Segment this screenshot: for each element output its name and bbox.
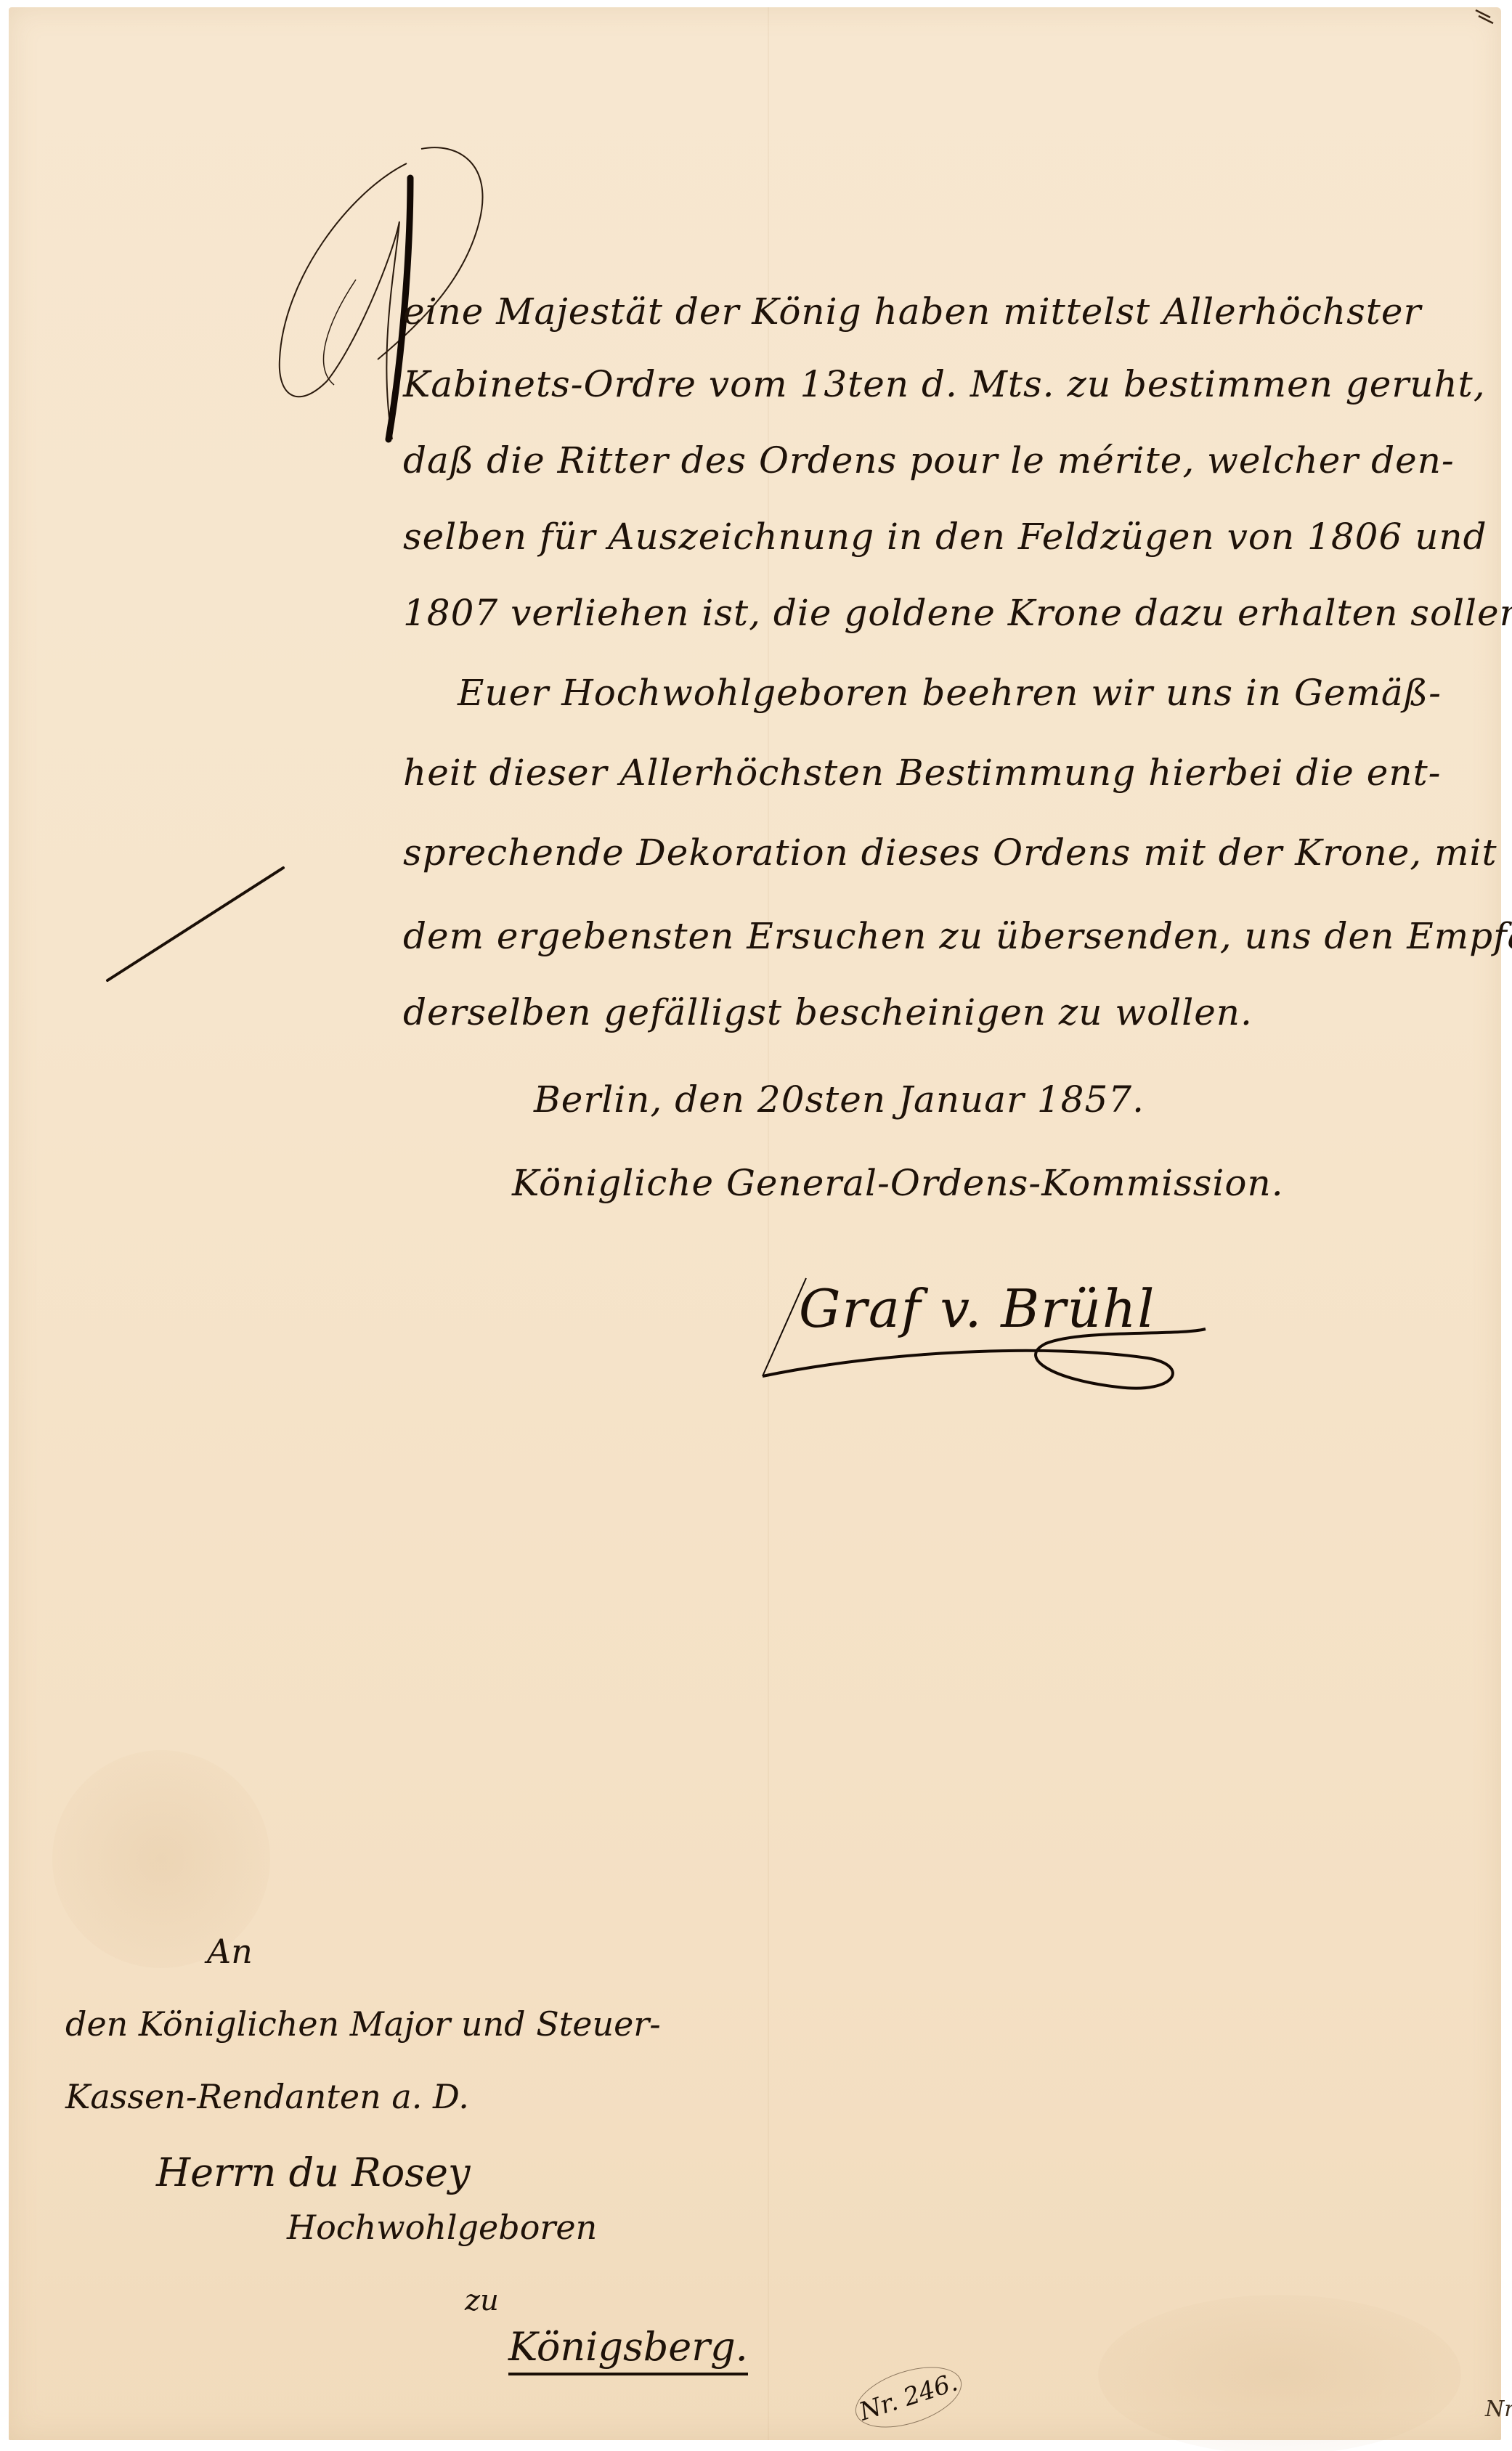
address-line-an: An	[207, 1932, 253, 1971]
margin-check-stroke-icon	[102, 861, 290, 991]
issuing-authority: Königliche General-Ordens-Kommission.	[512, 1162, 1284, 1204]
body-line-8: sprechende Dekoration dieses Ordens mit …	[403, 832, 1497, 874]
address-line-zu: zu	[465, 2284, 499, 2317]
body-line-5: 1807 verliehen ist, die goldene Krone da…	[403, 592, 1512, 634]
addressee-name: Herrn du Rosey	[156, 2150, 470, 2195]
corner-tally-mark-icon	[1474, 6, 1503, 28]
paper-stain	[1098, 2295, 1461, 2451]
address-line-honorific: Hochwohlgeboren	[287, 2208, 597, 2247]
address-city-underlined: Königsberg.	[508, 2324, 748, 2375]
signature-name: Graf v. Brühl	[799, 1278, 1155, 1339]
body-line-10: derselben gefälligst bescheinigen zu wol…	[403, 991, 1253, 1033]
body-line-3: daß die Ritter des Ordens pour le mérite…	[403, 439, 1455, 481]
address-line-rank: den Königlichen Major und Steuer-	[65, 2004, 661, 2044]
body-line-6: Euer Hochwohlgeboren beehren wir uns in …	[458, 672, 1442, 714]
signature-block: Graf v. Brühl	[741, 1249, 1220, 1394]
body-line-2: Kabinets-Ordre vom 13ten d. Mts. zu best…	[403, 363, 1486, 405]
body-line-1: eine Majestät der König haben mittelst A…	[403, 290, 1421, 333]
address-line-office: Kassen-Rendanten a. D.	[65, 2077, 469, 2116]
body-line-7: heit dieser Allerhöchsten Bestimmung hie…	[403, 752, 1442, 794]
corner-note: Nr.	[1485, 2397, 1512, 2422]
body-line-9: dem ergebensten Ersuchen zu übersenden, …	[403, 915, 1512, 957]
dateline: Berlin, den 20sten Januar 1857.	[534, 1078, 1145, 1121]
address-city: Königsberg.	[508, 2324, 748, 2370]
body-line-4: selben für Auszeichnung in den Feldzügen…	[403, 516, 1487, 558]
